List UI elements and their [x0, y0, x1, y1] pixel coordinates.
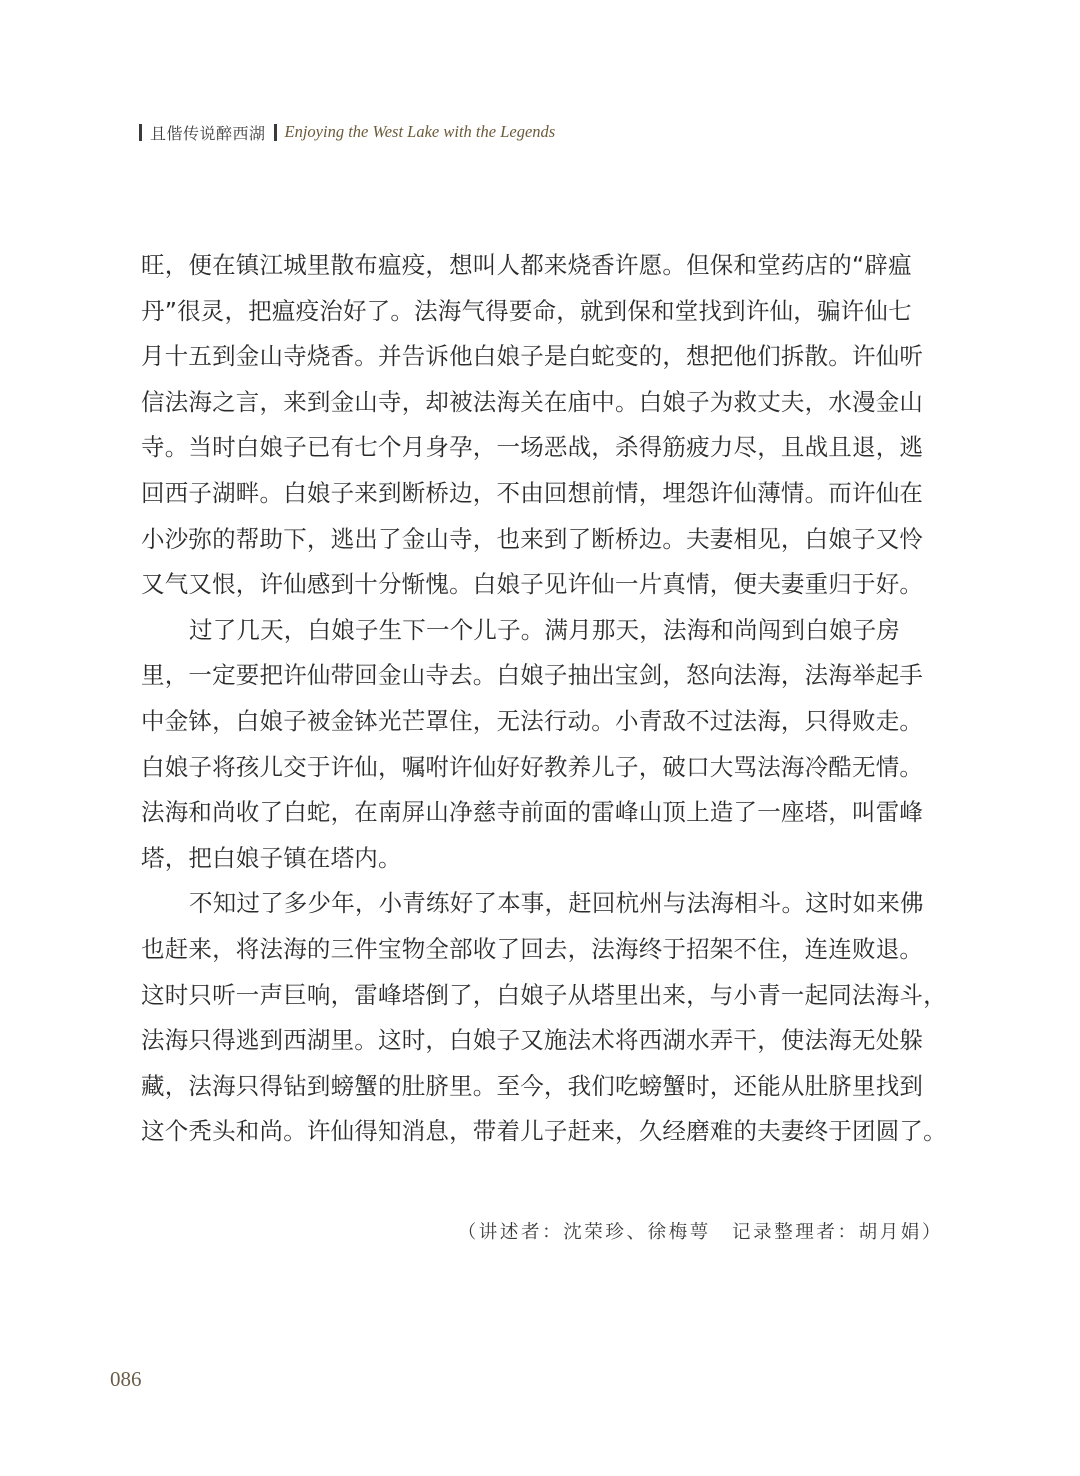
text-line: 也赶来，将法海的三件宝物全部收了回去，法海终于招架不住，连连败退。	[141, 927, 943, 973]
page-number: 086	[110, 1367, 142, 1392]
text-line: 中金钵，白娘子被金钵光芒罩住，无法行动。小青敌不过法海，只得败走。	[141, 699, 943, 745]
book-title-english: Enjoying the West Lake with the Legends	[285, 122, 556, 142]
header-divider-bar	[139, 124, 142, 141]
text-line: 信法海之言，来到金山寺，却被法海关在庙中。白娘子为救丈夫，水漫金山	[141, 380, 943, 426]
text-line: 丹”很灵，把瘟疫治好了。法海气得要命，就到保和堂找到许仙，骗许仙七	[141, 289, 943, 335]
text-line: 回西子湖畔。白娘子来到断桥边，不由回想前情，埋怨许仙薄情。而许仙在	[141, 471, 943, 517]
text-line: 法海和尚收了白蛇，在南屏山净慈寺前面的雷峰山顶上造了一座塔，叫雷峰	[141, 790, 943, 836]
text-line: 塔，把白娘子镇在塔内。	[141, 836, 943, 882]
text-line: 法海只得逃到西湖里。这时，白娘子又施法术将西湖水弄干，使法海无处躲	[141, 1018, 943, 1064]
text-line: 小沙弥的帮助下，逃出了金山寺，也来到了断桥边。夫妻相见，白娘子又怜	[141, 517, 943, 563]
paragraph-start-line: 过了几天，白娘子生下一个儿子。满月那天，法海和尚闯到白娘子房	[141, 608, 943, 654]
running-header: 且偕传说醉西湖 Enjoying the West Lake with the …	[139, 119, 555, 145]
text-line: 寺。当时白娘子已有七个月身孕，一场恶战，杀得筋疲力尽，且战且退，逃	[141, 425, 943, 471]
story-body-text: 旺，便在镇江城里散布瘟疫，想叫人都来烧香许愿。但保和堂药店的“辟瘟 丹”很灵，把…	[141, 243, 943, 1155]
book-title-chinese: 且偕传说醉西湖	[150, 121, 266, 144]
header-divider-bar	[274, 124, 277, 141]
text-line: 这时只听一声巨响，雷峰塔倒了，白娘子从塔里出来，与小青一起同法海斗，	[141, 973, 943, 1019]
text-line: 白娘子将孩儿交于许仙，嘱咐许仙好好教养儿子，破口大骂法海冷酷无情。	[141, 745, 943, 791]
narrator-credit: （讲述者：沈荣珍、徐梅萼 记录整理者：胡月娟）	[458, 1218, 943, 1244]
text-line: 里，一定要把许仙带回金山寺去。白娘子抽出宝剑，怒向法海，法海举起手	[141, 653, 943, 699]
text-line: 藏，法海只得钻到螃蟹的肚脐里。至今，我们吃螃蟹时，还能从肚脐里找到	[141, 1064, 943, 1110]
text-line: 又气又恨，许仙感到十分惭愧。白娘子见许仙一片真情，便夫妻重归于好。	[141, 562, 943, 608]
paragraph-start-line: 不知过了多少年，小青练好了本事，赶回杭州与法海相斗。这时如来佛	[141, 881, 943, 927]
text-line: 月十五到金山寺烧香。并告诉他白娘子是白蛇变的，想把他们拆散。许仙听	[141, 334, 943, 380]
text-line: 旺，便在镇江城里散布瘟疫，想叫人都来烧香许愿。但保和堂药店的“辟瘟	[141, 243, 943, 289]
text-line: 这个秃头和尚。许仙得知消息，带着儿子赶来，久经磨难的夫妻终于团圆了。	[141, 1109, 943, 1155]
